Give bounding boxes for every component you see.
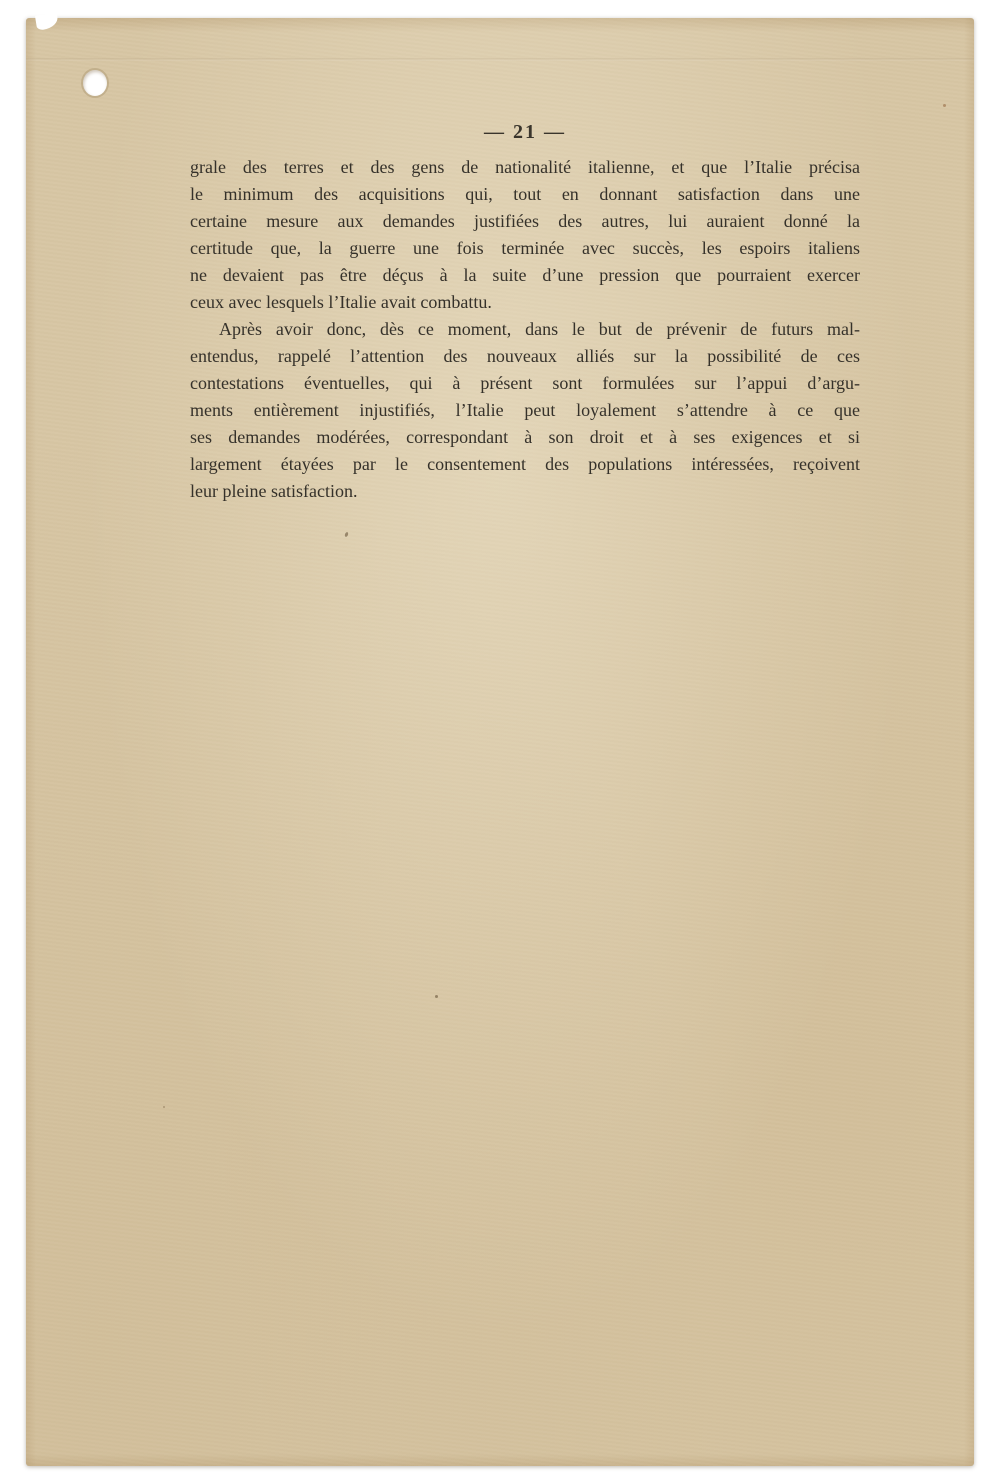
- paper-crease: [26, 58, 974, 61]
- text-line: le minimum des acquisitions qui, tout en…: [190, 181, 860, 208]
- punch-hole: [83, 70, 107, 96]
- text-line: contestations éventuelles, qui à présent…: [190, 370, 860, 397]
- paper-speck: [435, 995, 438, 998]
- paper-sheet: — 21 — grale des terres et des gens de n…: [26, 18, 974, 1466]
- text-line: Après avoir donc, dès ce moment, dans le…: [190, 316, 860, 343]
- text-line: ses demandes modérées, correspondant à s…: [190, 424, 860, 451]
- paper-speck: [943, 104, 946, 107]
- text-line: ments entièrement injustifiés, l’Italie …: [190, 397, 860, 424]
- text-line: certitude que, la guerre une fois termin…: [190, 235, 860, 262]
- scanned-page: — 21 — grale des terres et des gens de n…: [0, 0, 1000, 1482]
- text-line: leur pleine satisfaction.: [190, 478, 860, 505]
- torn-corner: [35, 12, 59, 30]
- text-line: largement étayées par le consentement de…: [190, 451, 860, 478]
- text-line: ne devaient pas être déçus à la suite d’…: [190, 262, 860, 289]
- page-number: — 21 —: [190, 119, 860, 146]
- paper-speck: [163, 1106, 165, 1108]
- text-line: ceux avec lesquels l’Italie avait combat…: [190, 289, 860, 316]
- text-line: grale des terres et des gens de national…: [190, 154, 860, 181]
- text-block: — 21 — grale des terres et des gens de n…: [190, 119, 860, 505]
- paper-speck: [344, 532, 349, 538]
- text-line: certaine mesure aux demandes justifiées …: [190, 208, 860, 235]
- text-line: entendus, rappelé l’attention des nouvea…: [190, 343, 860, 370]
